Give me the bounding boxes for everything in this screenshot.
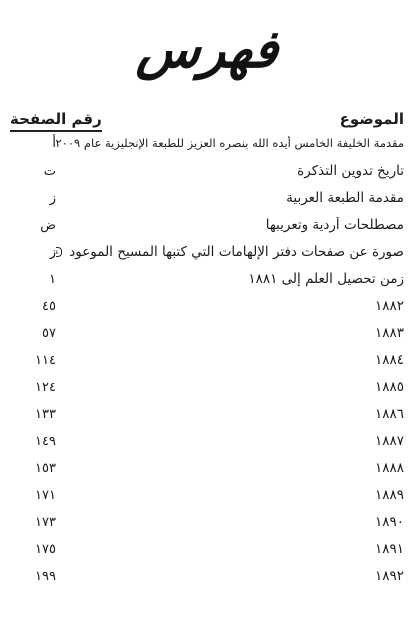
page-title-calligraphy: فهرس [135, 22, 280, 79]
toc-entry-subject: ١٨٨٢ [56, 298, 404, 314]
toc-row: ١٨٩٠ ١٧٣ [10, 514, 404, 541]
toc-entry-page-number: ٥٧ [10, 326, 56, 341]
toc-entry-subject: ١٨٨٥ [56, 379, 404, 395]
toc-row: ١٨٨٣ ٥٧ [10, 325, 404, 352]
toc-entry-subject: مقدمة الخليفة الخامس أيده الله بنصره الع… [56, 136, 404, 150]
toc-row: ١٨٨٤ ١١٤ [10, 352, 404, 379]
toc-entry-subject: صورة عن صفحات دفتر الإلهامات التي كتبها … [56, 244, 404, 260]
toc-entry-page-number: ١٥٣ [10, 461, 56, 476]
toc-entry-subject-text: مصطلحات أردية وتعريبها [266, 217, 404, 233]
toc-page: فهرس الموضوع رقم الصفحة مقدمة الخليفة ال… [0, 0, 416, 625]
toc-entry-subject-text: صورة عن صفحات دفتر الإلهامات التي كتبها … [69, 244, 404, 260]
toc-entry-page-number: ١ [10, 272, 56, 287]
toc-row: ١٨٨٧ ١٤٩ [10, 433, 404, 460]
toc-entry-subject: ١٨٨٦ [56, 406, 404, 422]
toc-entry-page-number: ٤٥ [10, 299, 56, 314]
toc-entry-subject: ١٨٨٣ [56, 325, 404, 341]
toc-entry-page-number: ١٧٥ [10, 542, 56, 557]
toc-row: ١٨٩٢ ١٩٩ [10, 568, 404, 595]
toc-entry-subject: ١٨٩١ [56, 541, 404, 557]
toc-entry-subject: ١٨٨٤ [56, 352, 404, 368]
toc-entries-list: مقدمة الخليفة الخامس أيده الله بنصره الع… [10, 136, 404, 595]
toc-entry-subject-text: ١٨٨٥ [375, 379, 404, 395]
page-number-column-header: رقم الصفحة [10, 110, 102, 132]
toc-entry-page-number: ١٣٣ [10, 407, 56, 422]
toc-entry-subject: مصطلحات أردية وتعريبها [56, 217, 404, 233]
toc-entry-subject-text: ١٨٨٣ [375, 325, 404, 341]
toc-entry-page-number: ١٧١ [10, 488, 56, 503]
toc-entry-subject-text: ١٨٩١ [375, 541, 404, 557]
subject-column-header: الموضوع [340, 110, 404, 128]
toc-entry-subject-text: ١٨٨٤ [375, 352, 404, 368]
toc-entry-page-number: ١١٤ [10, 353, 56, 368]
toc-row: ١٨٨٩ ١٧١ [10, 487, 404, 514]
toc-entry-subject-text: مقدمة الخليفة الخامس أيده الله بنصره الع… [56, 136, 404, 150]
toc-entry-subject-text: ١٨٨٧ [375, 433, 404, 449]
toc-entry-page-number: ت [10, 164, 56, 179]
toc-entry-subject: زمن تحصيل العلم إلى ١٨٨١ [56, 271, 404, 287]
toc-row: ١٨٨٢ ٤٥ [10, 298, 404, 325]
toc-entry-page-number: ١٢٤ [10, 380, 56, 395]
toc-entry-subject-text: ١٨٨٨ [375, 460, 404, 476]
toc-entry-page-number: ١٤٩ [10, 434, 56, 449]
toc-row: مقدمة الخليفة الخامس أيده الله بنصره الع… [10, 136, 404, 163]
toc-row: ١٨٨٨ ١٥٣ [10, 460, 404, 487]
toc-entry-subject: ١٨٨٨ [56, 460, 404, 476]
toc-entry-subject-text: زمن تحصيل العلم إلى ١٨٨١ [248, 271, 404, 287]
toc-entry-subject-text: ١٨٨٢ [375, 298, 404, 314]
toc-entry-subject: ١٨٩٢ [56, 568, 404, 584]
toc-row: ١٨٩١ ١٧٥ [10, 541, 404, 568]
toc-entry-subject: ١٨٨٧ [56, 433, 404, 449]
toc-row: ١٨٨٦ ١٣٣ [10, 406, 404, 433]
toc-entry-page-number: ١٧٣ [10, 515, 56, 530]
toc-entry-subject: تاريخ تدوين التذكرة [56, 163, 404, 179]
toc-row: زمن تحصيل العلم إلى ١٨٨١ ١ [10, 271, 404, 298]
toc-entry-page-number: ز [10, 245, 56, 260]
toc-row: مقدمة الطبعة العربية ز [10, 190, 404, 217]
toc-header: الموضوع رقم الصفحة [10, 110, 404, 132]
toc-row: صورة عن صفحات دفتر الإلهامات التي كتبها … [10, 244, 404, 271]
toc-entry-page-number: أ [10, 136, 56, 151]
toc-entry-subject-text: ١٨٩٢ [375, 568, 404, 584]
toc-entry-subject: ١٨٩٠ [56, 514, 404, 530]
toc-entry-subject-text: تاريخ تدوين التذكرة [297, 163, 404, 179]
toc-row: مصطلحات أردية وتعريبها ض [10, 217, 404, 244]
toc-row: ١٨٨٥ ١٢٤ [10, 379, 404, 406]
toc-entry-subject-text: ١٨٩٠ [375, 514, 404, 530]
toc-entry-subject-text: ١٨٨٩ [375, 487, 404, 503]
toc-entry-subject: مقدمة الطبعة العربية [56, 190, 404, 206]
toc-entry-subject-text: ١٨٨٦ [375, 406, 404, 422]
toc-entry-page-number: ض [10, 218, 56, 233]
toc-entry-page-number: ١٩٩ [10, 569, 56, 584]
toc-entry-subject-text: مقدمة الطبعة العربية [286, 190, 404, 206]
toc-entry-subject: ١٨٨٩ [56, 487, 404, 503]
toc-entry-page-number: ز [10, 191, 56, 206]
honorific-alayhis-salam-mark: عليه السلام [56, 247, 62, 258]
toc-row: تاريخ تدوين التذكرة ت [10, 163, 404, 190]
title-area: فهرس [10, 0, 404, 106]
